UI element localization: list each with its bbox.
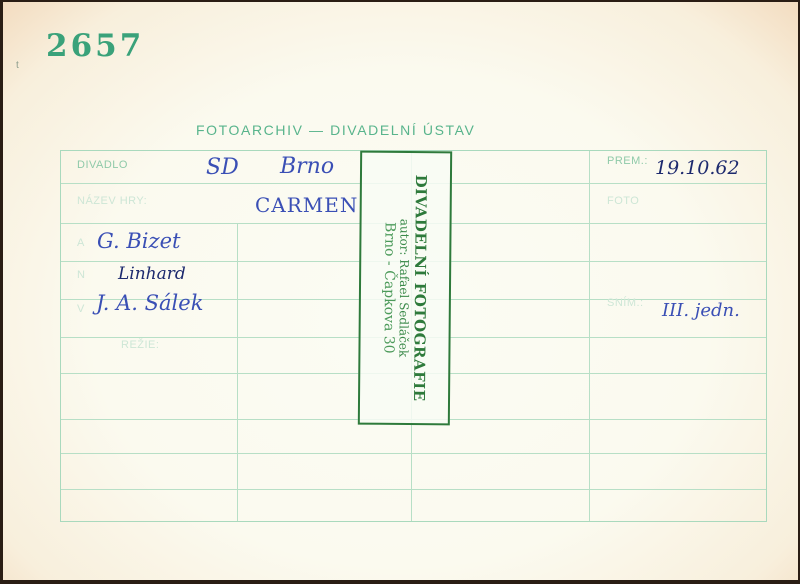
column-divider (589, 151, 590, 521)
archive-header: FOTOARCHIV — DIVADELNÍ ÚSTAV (196, 122, 475, 138)
handwritten-act: III. jedn. (662, 300, 740, 321)
label-reziser: REŽIE: (121, 339, 159, 351)
label-snimek: SNÍM.: (607, 297, 644, 309)
stamp-address: Brno - Čapkova 30 (380, 174, 398, 401)
handwritten-author: G. Bizet (97, 229, 180, 253)
handwritten-city: Brno (280, 154, 334, 179)
catalog-number: 2657 (46, 28, 144, 64)
label-nazev-hry: NÁZEV HRY: (77, 195, 147, 207)
label-foto: FOTO (607, 195, 639, 207)
row-divider (61, 453, 766, 454)
label-prem: PREM.: (607, 155, 648, 167)
label-v: V (77, 303, 85, 315)
handwritten-premiere-date: 19.10.62 (655, 157, 740, 179)
stamp-text: DIVADELNÍ FOTOGRAFIE autor: Rafael Sedlá… (380, 174, 430, 401)
label-a: A (77, 237, 85, 249)
handwritten-director: Linhard (118, 264, 186, 284)
corner-mark: t (16, 60, 19, 71)
handwritten-title: CARMEN (255, 193, 358, 217)
handwritten-divadlo-code: SD (206, 155, 239, 180)
label-n: N (77, 269, 85, 281)
handwritten-conductor: J. A. Sálek (96, 291, 203, 315)
row-divider (61, 489, 766, 490)
photographer-stamp: DIVADELNÍ FOTOGRAFIE autor: Rafael Sedlá… (358, 151, 452, 426)
label-divadlo: DIVADLO (77, 159, 128, 171)
stamp-title: DIVADELNÍ FOTOGRAFIE (410, 175, 430, 402)
column-divider (237, 223, 238, 521)
